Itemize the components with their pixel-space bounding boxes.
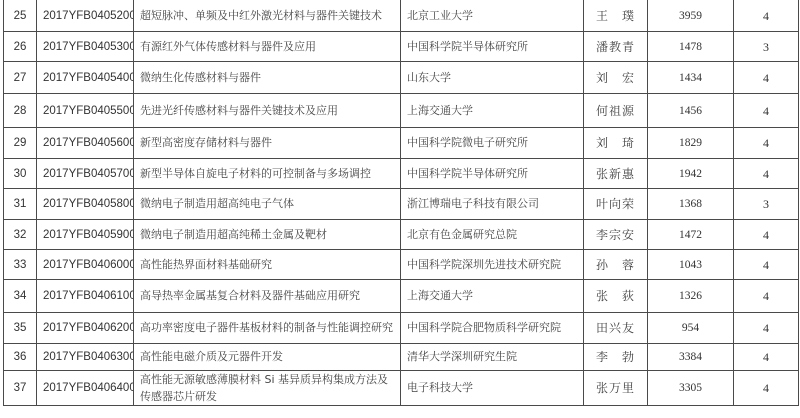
table-row: 36 2017YFB0406300 高性能电磁介质及元器件开发 清华大学深圳研究… bbox=[4, 344, 799, 371]
table-row: 33 2017YFB0406000 高性能热界面材料基础研究 中国科学院深圳先进… bbox=[4, 250, 799, 280]
implementation-years: 4 bbox=[734, 280, 799, 313]
central-funding: 1326 bbox=[648, 280, 734, 313]
project-code: 2017YFB0405600 bbox=[37, 128, 134, 159]
project-leader: 张万里 bbox=[584, 371, 648, 406]
project-name: 高性能热界面材料基础研究 bbox=[134, 250, 401, 280]
table-row: 29 2017YFB0405600 新型高密度存储材料与器件 中国科学院微电子研… bbox=[4, 128, 799, 159]
central-funding: 1829 bbox=[648, 128, 734, 159]
lead-organization: 山东大学 bbox=[401, 62, 584, 94]
lead-organization: 清华大学深圳研究生院 bbox=[401, 344, 584, 371]
lead-organization: 电子科技大学 bbox=[401, 371, 584, 406]
project-code: 2017YFB0405700 bbox=[37, 159, 134, 189]
lead-organization: 中国科学院半导体研究所 bbox=[401, 32, 584, 62]
central-funding: 3384 bbox=[648, 344, 734, 371]
implementation-years: 4 bbox=[734, 128, 799, 159]
row-number: 28 bbox=[4, 94, 37, 128]
project-code: 2017YFB0405800 bbox=[37, 189, 134, 220]
table-body: 25 2017YFB0405200 超短脉冲、单频及中红外激光材料与器件关键技术… bbox=[4, 0, 799, 406]
central-funding: 1434 bbox=[648, 62, 734, 94]
lead-organization: 北京有色金属研究总院 bbox=[401, 220, 584, 250]
table-row: 32 2017YFB0405900 微纳电子制造用超高纯稀土金属及靶材 北京有色… bbox=[4, 220, 799, 250]
implementation-years: 4 bbox=[734, 371, 799, 406]
project-code: 2017YFB0405500 bbox=[37, 94, 134, 128]
project-leader: 刘 宏 bbox=[584, 62, 648, 94]
project-name: 高导热率金属基复合材料及器件基础应用研究 bbox=[134, 280, 401, 313]
table-row: 27 2017YFB0405400 微纳生化传感材料与器件 山东大学 刘 宏 1… bbox=[4, 62, 799, 94]
lead-organization: 上海交通大学 bbox=[401, 280, 584, 313]
row-number: 26 bbox=[4, 32, 37, 62]
implementation-years: 4 bbox=[734, 313, 799, 344]
project-name: 高性能电磁介质及元器件开发 bbox=[134, 344, 401, 371]
implementation-years: 4 bbox=[734, 159, 799, 189]
project-leader: 孙 蓉 bbox=[584, 250, 648, 280]
table-row: 37 2017YFB0406400 高性能无源敏感薄膜材料 Si 基异质异构集成… bbox=[4, 371, 799, 406]
central-funding: 3959 bbox=[648, 0, 734, 32]
project-code: 2017YFB0406300 bbox=[37, 344, 134, 371]
implementation-years: 4 bbox=[734, 94, 799, 128]
project-name: 高功率密度电子器件基板材料的制备与性能调控研究 bbox=[134, 313, 401, 344]
row-number: 34 bbox=[4, 280, 37, 313]
project-leader: 叶向荣 bbox=[584, 189, 648, 220]
project-code: 2017YFB0405200 bbox=[37, 0, 134, 32]
project-leader: 潘教青 bbox=[584, 32, 648, 62]
row-number: 30 bbox=[4, 159, 37, 189]
row-number: 33 bbox=[4, 250, 37, 280]
project-name: 先进光纤传感材料与器件关键技术及应用 bbox=[134, 94, 401, 128]
row-number: 27 bbox=[4, 62, 37, 94]
lead-organization: 中国科学院合肥物质科学研究院 bbox=[401, 313, 584, 344]
table-row: 34 2017YFB0406100 高导热率金属基复合材料及器件基础应用研究 上… bbox=[4, 280, 799, 313]
implementation-years: 4 bbox=[734, 250, 799, 280]
project-name: 超短脉冲、单频及中红外激光材料与器件关键技术 bbox=[134, 0, 401, 32]
central-funding: 954 bbox=[648, 313, 734, 344]
lead-organization: 中国科学院微电子研究所 bbox=[401, 128, 584, 159]
table-row: 25 2017YFB0405200 超短脉冲、单频及中红外激光材料与器件关键技术… bbox=[4, 0, 799, 32]
project-name: 微纳生化传感材料与器件 bbox=[134, 62, 401, 94]
central-funding: 3305 bbox=[648, 371, 734, 406]
central-funding: 1043 bbox=[648, 250, 734, 280]
project-code: 2017YFB0406000 bbox=[37, 250, 134, 280]
lead-organization: 上海交通大学 bbox=[401, 94, 584, 128]
implementation-years: 4 bbox=[734, 62, 799, 94]
table-row: 30 2017YFB0405700 新型半导体自旋电子材料的可控制备与多场调控 … bbox=[4, 159, 799, 189]
lead-organization: 浙江博瑞电子科技有限公司 bbox=[401, 189, 584, 220]
project-name: 新型半导体自旋电子材料的可控制备与多场调控 bbox=[134, 159, 401, 189]
implementation-years: 4 bbox=[734, 220, 799, 250]
row-number: 37 bbox=[4, 371, 37, 406]
central-funding: 1368 bbox=[648, 189, 734, 220]
project-leader: 李 勃 bbox=[584, 344, 648, 371]
row-number: 25 bbox=[4, 0, 37, 32]
project-leader: 张新惠 bbox=[584, 159, 648, 189]
project-code: 2017YFB0406400 bbox=[37, 371, 134, 406]
project-code: 2017YFB0405900 bbox=[37, 220, 134, 250]
project-code: 2017YFB0406200 bbox=[37, 313, 134, 344]
project-leader: 王 璞 bbox=[584, 0, 648, 32]
project-leader: 李宗安 bbox=[584, 220, 648, 250]
implementation-years: 4 bbox=[734, 0, 799, 32]
project-code: 2017YFB0405300 bbox=[37, 32, 134, 62]
table-row: 26 2017YFB0405300 有源红外气体传感材料与器件及应用 中国科学院… bbox=[4, 32, 799, 62]
row-number: 32 bbox=[4, 220, 37, 250]
implementation-years: 4 bbox=[734, 344, 799, 371]
implementation-years: 3 bbox=[734, 32, 799, 62]
project-name: 微纳电子制造用超高纯电子气体 bbox=[134, 189, 401, 220]
project-code: 2017YFB0406100 bbox=[37, 280, 134, 313]
central-funding: 1478 bbox=[648, 32, 734, 62]
table-row: 31 2017YFB0405800 微纳电子制造用超高纯电子气体 浙江博瑞电子科… bbox=[4, 189, 799, 220]
table-row: 28 2017YFB0405500 先进光纤传感材料与器件关键技术及应用 上海交… bbox=[4, 94, 799, 128]
lead-organization: 中国科学院深圳先进技术研究院 bbox=[401, 250, 584, 280]
project-leader: 何祖源 bbox=[584, 94, 648, 128]
central-funding: 1942 bbox=[648, 159, 734, 189]
project-name: 微纳电子制造用超高纯稀土金属及靶材 bbox=[134, 220, 401, 250]
lead-organization: 中国科学院半导体研究所 bbox=[401, 159, 584, 189]
row-number: 31 bbox=[4, 189, 37, 220]
row-number: 35 bbox=[4, 313, 37, 344]
project-name: 新型高密度存储材料与器件 bbox=[134, 128, 401, 159]
project-name: 高性能无源敏感薄膜材料 Si 基异质异构集成方法及传感器芯片研发 bbox=[134, 371, 401, 406]
row-number: 29 bbox=[4, 128, 37, 159]
implementation-years: 3 bbox=[734, 189, 799, 220]
project-leader: 刘 琦 bbox=[584, 128, 648, 159]
lead-organization: 北京工业大学 bbox=[401, 0, 584, 32]
central-funding: 1472 bbox=[648, 220, 734, 250]
row-number: 36 bbox=[4, 344, 37, 371]
project-code: 2017YFB0405400 bbox=[37, 62, 134, 94]
project-leader: 田兴友 bbox=[584, 313, 648, 344]
project-table: 25 2017YFB0405200 超短脉冲、单频及中红外激光材料与器件关键技术… bbox=[3, 0, 799, 406]
table-row: 35 2017YFB0406200 高功率密度电子器件基板材料的制备与性能调控研… bbox=[4, 313, 799, 344]
central-funding: 1456 bbox=[648, 94, 734, 128]
project-leader: 张 荻 bbox=[584, 280, 648, 313]
project-name: 有源红外气体传感材料与器件及应用 bbox=[134, 32, 401, 62]
